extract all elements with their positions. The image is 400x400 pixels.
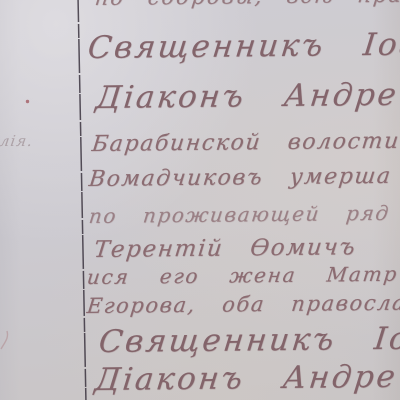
stray-stroke xyxy=(1,331,8,349)
manuscript-page: лія. по содровы, всѣ прав Священникъ Іоа… xyxy=(0,0,400,400)
margin-note: лія. xyxy=(0,132,34,150)
ink-fleck xyxy=(26,100,29,103)
priest-signature-line: Священникъ Іоакій xyxy=(86,26,400,66)
manuscript-line-name: Терентій Ѳомичъ xyxy=(93,234,358,263)
manuscript-line: по проживающей ряд xyxy=(88,201,391,228)
margin-rule-line xyxy=(78,0,86,400)
manuscript-line-surname: Егорова, оба православ xyxy=(86,291,400,318)
priest-signature-line-2: Священникъ Іоанн xyxy=(97,320,400,360)
manuscript-line: Вомадчиковъ умерша xyxy=(88,164,393,192)
manuscript-line-wife: ися его жена Матр xyxy=(86,262,400,289)
deacon-signature-line-2: Діаконъ Андре xyxy=(93,359,399,398)
deacon-signature-line: Діаконъ Андре xyxy=(94,77,400,116)
manuscript-line-volost: Барабинской волости xyxy=(91,129,400,157)
